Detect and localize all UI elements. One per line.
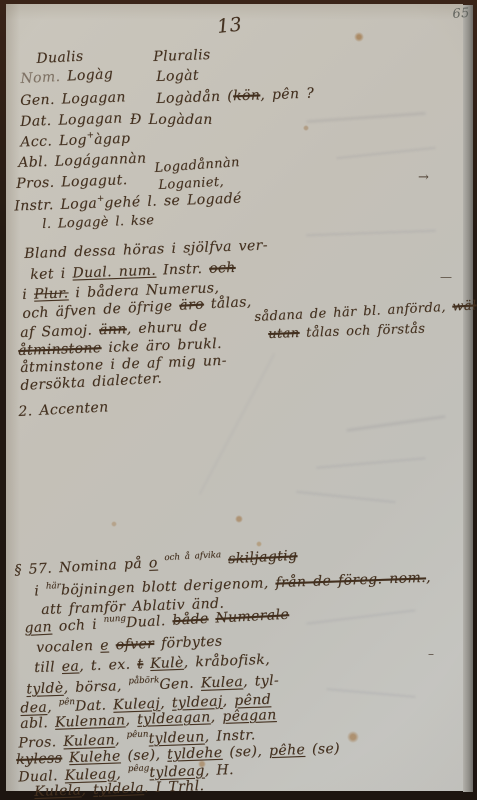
text-segment: tyldehe xyxy=(167,745,223,763)
manuscript-line: Dualis xyxy=(36,49,84,67)
text-segment: Dat. Logagan xyxy=(20,110,123,130)
text-segment: åtminstone xyxy=(18,340,102,359)
manuscript-line: l. Logagè l. kse xyxy=(42,213,155,232)
margin-note-line: utan tålas och förstås xyxy=(268,322,426,342)
bleed-through-mark xyxy=(306,112,426,123)
text-segment: Numerale xyxy=(215,607,290,627)
text-segment: , Instr. xyxy=(204,727,256,745)
text-segment: af Samoj. xyxy=(20,322,99,341)
text-segment: § 57. Nomina på xyxy=(14,555,149,578)
text-segment: 13 xyxy=(216,13,243,37)
text-segment: pêhe xyxy=(269,742,306,759)
text-segment: pêag xyxy=(128,763,150,774)
text-segment: , xyxy=(210,709,222,725)
text-segment: – xyxy=(428,647,434,661)
manuscript-line: Logàdån (kön, pên ? xyxy=(156,85,314,107)
text-segment: , xyxy=(160,695,172,711)
text-segment: utan xyxy=(268,326,300,342)
manuscript-line: Logàt xyxy=(156,68,199,85)
text-segment: , xyxy=(47,699,59,715)
text-segment: Kulennan xyxy=(55,712,126,730)
page-number: 13 xyxy=(216,13,243,37)
text-segment: påbörk xyxy=(128,675,159,686)
text-segment: och i xyxy=(52,616,105,635)
text-segment: Dual. xyxy=(126,613,173,631)
text-segment: , H. xyxy=(204,762,234,779)
text-segment: àgap xyxy=(94,131,131,148)
bleed-through-mark xyxy=(326,688,416,698)
text-segment: tyldeun xyxy=(148,729,205,747)
text-segment: Kulè xyxy=(150,655,184,672)
text-segment: (se), xyxy=(120,747,167,765)
text-segment: → xyxy=(418,170,429,185)
text-segment: Kulea xyxy=(201,674,244,691)
text-segment: Kulean xyxy=(63,732,115,750)
text-segment: Pluralis xyxy=(153,47,211,65)
text-segment: , xyxy=(426,570,431,586)
folio-number: 65 xyxy=(452,6,470,22)
text-segment: Logàg xyxy=(60,66,114,85)
text-segment: (se), xyxy=(222,743,269,761)
text-segment: Logadånnàn xyxy=(154,155,240,176)
text-segment: Instr. Loga xyxy=(14,196,97,215)
text-segment: Dual. num. xyxy=(72,263,156,282)
text-segment: Acc. Log xyxy=(20,132,87,150)
text-segment: ea xyxy=(61,658,79,675)
manuscript-line: Instr. Loga+gehé l. se Logadé xyxy=(14,189,242,214)
text-segment: tålas, xyxy=(204,294,252,312)
text-segment: , börsa, xyxy=(63,678,129,696)
text-segment: dea xyxy=(20,700,47,717)
bleed-through-mark xyxy=(306,609,415,624)
text-segment: 65 xyxy=(452,6,470,22)
text-segment: kön xyxy=(233,87,261,104)
manuscript-line: ket i Dual. num. Instr. och xyxy=(30,260,236,283)
text-segment: gan xyxy=(24,619,52,636)
text-segment: pên xyxy=(58,697,75,708)
text-segment: , xyxy=(222,693,234,709)
bleed-through-mark xyxy=(296,491,396,503)
bleed-through-mark xyxy=(306,230,436,237)
crease-mark xyxy=(199,353,276,495)
manuscript-line: vocalen e ofver förbytes xyxy=(36,633,223,655)
text-segment: änn xyxy=(99,321,127,338)
ink-dash-mark: — xyxy=(440,270,452,284)
text-segment: abl. xyxy=(20,715,55,732)
text-segment: , pên ? xyxy=(260,85,314,103)
text-segment: Đ Logàdan xyxy=(130,112,213,128)
text-segment: kyless xyxy=(16,750,62,768)
text-segment: Abl. Logágannàn xyxy=(18,151,147,171)
text-segment: tyldè xyxy=(26,680,64,697)
text-segment: i xyxy=(34,583,46,599)
manuscript-line: Dat. Logagan xyxy=(20,110,123,130)
manuscript-page: 1365DualisPluralisNom. LogàgLogàtGen. Lo… xyxy=(6,4,463,791)
text-segment: här xyxy=(46,581,61,592)
text-segment: Nom. xyxy=(20,69,61,87)
text-segment: böjningen blott derigenom, xyxy=(61,575,276,598)
ink-dash-mark: – xyxy=(428,647,434,661)
text-segment: Gen. Logagan xyxy=(20,89,126,109)
margin-note-line: sådana de här bl. anförda, wäl xyxy=(254,298,477,325)
text-segment: Kulela xyxy=(34,782,82,800)
text-segment: , tyl- xyxy=(243,673,280,690)
text-segment: (se) xyxy=(305,741,340,758)
manuscript-line: Acc. Log+àgap xyxy=(20,129,131,150)
text-segment: Bland dessa höras i sjölfva ver- xyxy=(24,237,268,261)
text-segment: skiljagtig xyxy=(228,548,298,568)
text-segment: 2. Accenten xyxy=(18,399,109,420)
manuscript-line: Abl. Logágannàn xyxy=(18,151,147,171)
manuscript-line: Logadånnàn xyxy=(154,155,240,176)
manuscript-line: Pluralis xyxy=(153,47,211,65)
text-segment: , xyxy=(81,782,93,798)
text-segment: , xyxy=(125,712,137,728)
text-segment: till xyxy=(34,659,62,676)
bleed-through-mark xyxy=(316,457,426,469)
text-segment: pêun xyxy=(126,729,148,740)
text-segment: pêagan xyxy=(222,707,277,725)
text-segment: ket i xyxy=(30,266,73,283)
text-segment: tålas och förstås xyxy=(299,322,425,341)
text-segment: Pros. xyxy=(18,734,64,752)
photograph-frame: 1365DualisPluralisNom. LogàgLogàtGen. Lo… xyxy=(0,0,477,800)
text-segment: — xyxy=(440,270,452,284)
bleed-through-mark xyxy=(346,415,445,432)
bleed-through-mark xyxy=(336,147,436,159)
text-segment: Logàdån ( xyxy=(156,88,233,107)
text-segment: Plur. xyxy=(34,285,69,302)
text-segment: Dualis xyxy=(36,49,84,67)
book-page-edge xyxy=(463,5,473,792)
text-segment: äro xyxy=(179,296,204,313)
text-segment: från de föreg. nom. xyxy=(275,570,426,591)
manuscript-line: Bland dessa höras i sjölfva ver- xyxy=(24,237,268,261)
text-segment: tyldela xyxy=(93,780,144,798)
section-heading: 2. Accenten xyxy=(18,399,109,420)
text-segment: . I Trhl. xyxy=(144,778,205,796)
text-segment: Kulehe xyxy=(69,748,121,766)
text-segment: förbytes xyxy=(154,633,223,651)
manuscript-line: Pros. Logagut. xyxy=(16,172,128,192)
text-segment: i xyxy=(22,287,34,303)
ink-arrow-mark: → xyxy=(418,170,429,185)
text-segment: , xyxy=(116,766,128,782)
text-segment: Pros. Logagut. xyxy=(16,172,128,192)
text-segment: Logàt xyxy=(156,68,199,85)
text-segment: gehé l. se Logadé xyxy=(104,191,242,212)
text-segment: nung xyxy=(103,614,126,625)
text-segment: vocalen xyxy=(36,638,100,656)
manuscript-line: Đ Logàdan xyxy=(130,112,213,128)
text-segment: och xyxy=(209,260,236,277)
text-segment: både xyxy=(172,611,209,629)
text-segment: Instr. xyxy=(156,261,210,279)
text-segment: och å afvika xyxy=(164,550,221,563)
manuscript-line: Gen. Logagan xyxy=(20,89,126,109)
text-segment: , kråbofisk, xyxy=(183,652,270,671)
text-segment: tyldeagan xyxy=(137,709,211,728)
text-segment: Gen. xyxy=(159,675,201,692)
text-segment: ofver xyxy=(115,636,154,653)
text-segment: e xyxy=(100,637,109,653)
text-segment: l. Logagè l. kse xyxy=(42,213,155,232)
text-segment: wäl xyxy=(452,298,477,314)
manuscript-line: Nom. Logàg xyxy=(20,66,114,87)
text-segment: , t. ex. xyxy=(79,656,138,674)
text-segment: , ehuru de xyxy=(126,318,207,337)
